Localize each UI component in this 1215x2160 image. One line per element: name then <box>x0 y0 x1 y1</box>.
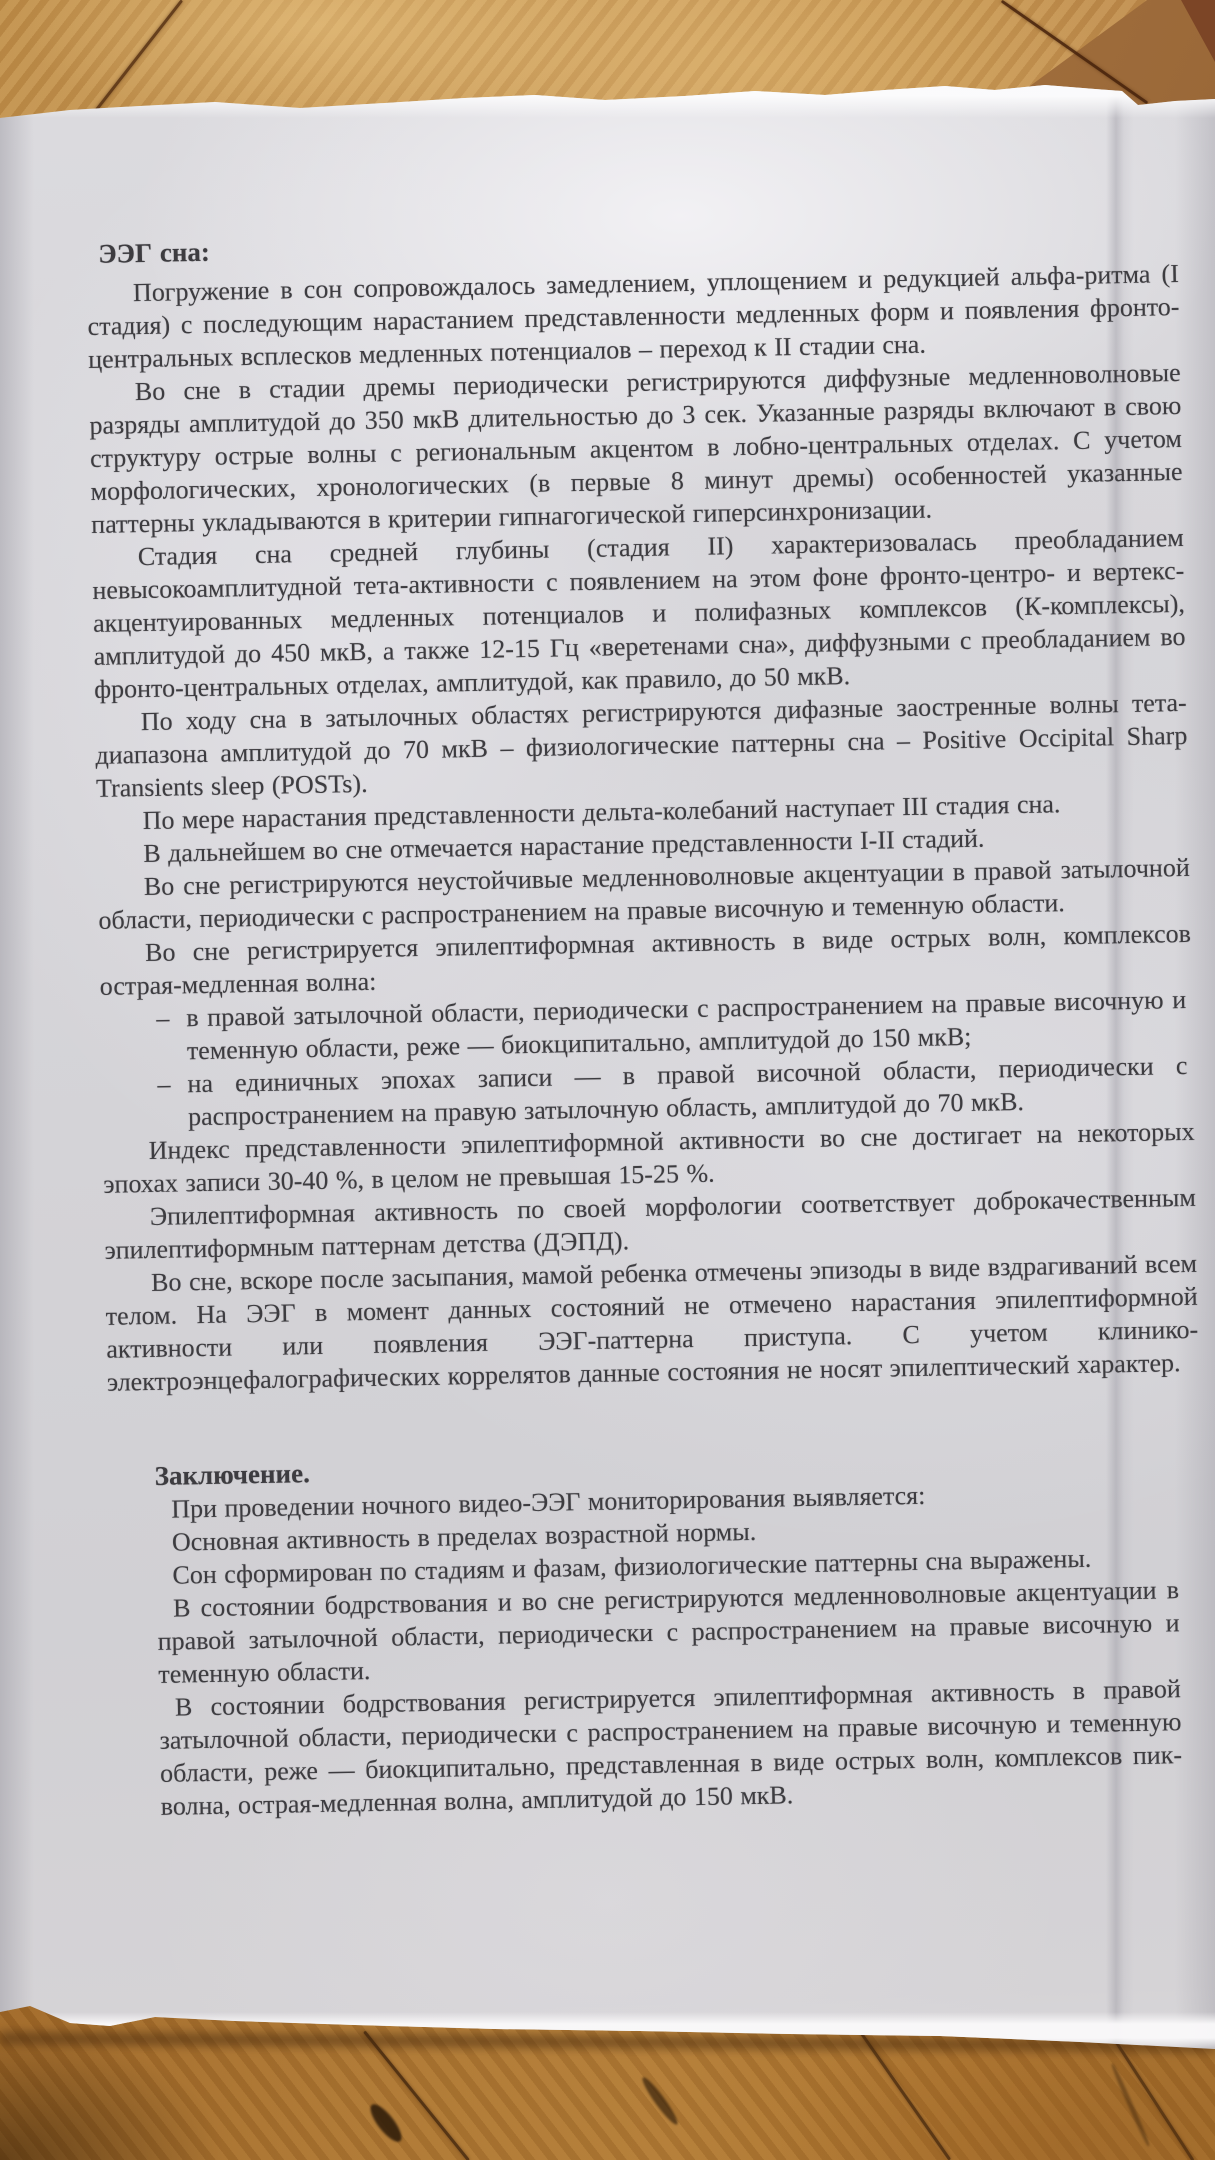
report-paragraph: Во сне в стадии дремы периодически регис… <box>89 356 1184 541</box>
conclusion-paragraph: В состоянии бодрствования регистрируется… <box>159 1672 1183 1823</box>
wood-grain-line <box>1110 2063 1151 2147</box>
dash-marker: – <box>156 1001 187 1068</box>
dash-marker: – <box>157 1067 188 1134</box>
conclusion-section: Заключение. При проведении ночного видео… <box>154 1441 1182 1823</box>
document-text-block: ЭЭГ сна: Погружение в сон сопровождалось… <box>86 218 1207 1824</box>
conclusion-paragraph: В состоянии бодрствования и во сне регис… <box>157 1573 1181 1691</box>
wood-knot <box>366 2100 407 2146</box>
floor-plank-seam <box>363 2031 470 2160</box>
report-paragraph: Стадия сна средней глубины (стадия II) х… <box>92 521 1187 706</box>
floor-plank-seam <box>86 0 183 123</box>
findings-list: – в правой затылочной области, периодиче… <box>100 983 1194 1135</box>
wood-knot <box>639 2075 681 2128</box>
report-paragraph: Во сне, вскоре после засыпания, мамой ре… <box>105 1247 1199 1399</box>
